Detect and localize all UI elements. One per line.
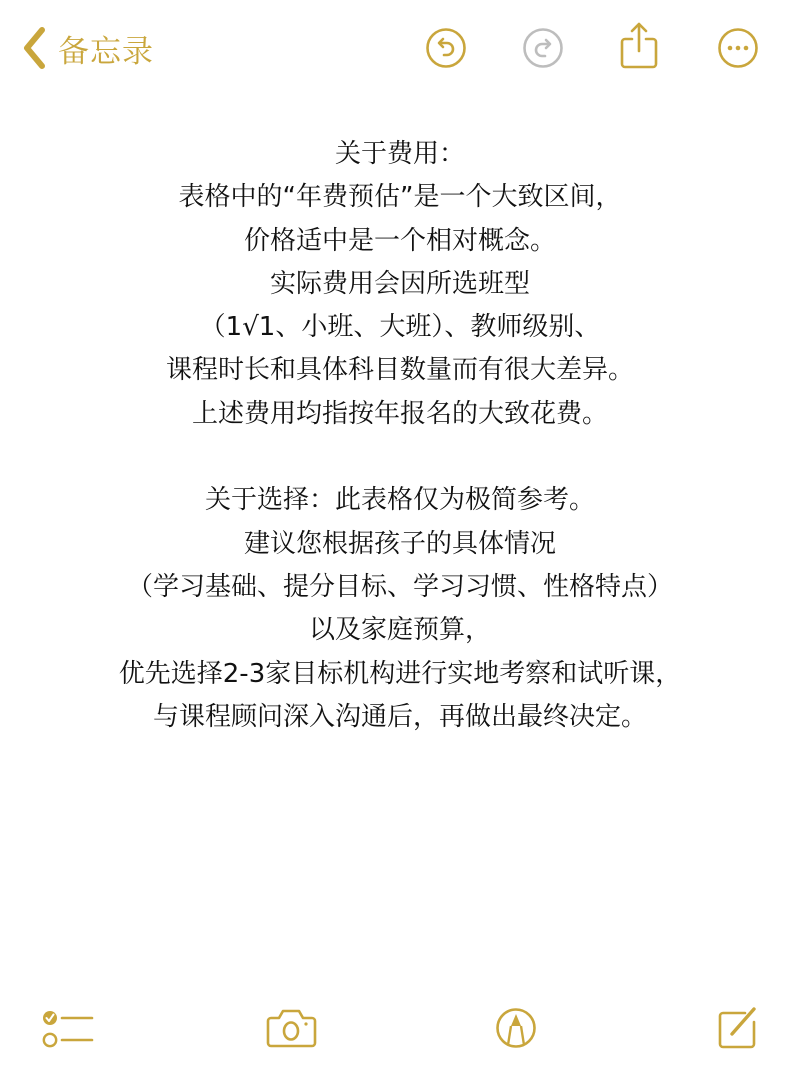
share-icon [618, 20, 660, 70]
note-line: 价格适中是一个相对概念。 [0, 220, 800, 263]
navigation-bar: 备忘录 [0, 0, 800, 100]
note-line: 建议您根据孩子的具体情况 [0, 523, 800, 566]
checklist-button[interactable] [40, 1008, 96, 1050]
note-body[interactable]: 关于费用： 表格中的“年费预估”是一个大致区间， 价格适中是一个相对概念。 实际… [0, 133, 800, 739]
checklist-icon [40, 1008, 96, 1050]
note-line: 表格中的“年费预估”是一个大致区间， [0, 176, 800, 219]
note-line: （1√1、小班、大班）、教师级别、 [0, 306, 800, 349]
markup-icon [495, 1006, 537, 1050]
markup-button[interactable] [495, 1006, 537, 1050]
share-button[interactable] [618, 20, 660, 70]
redo-button[interactable] [522, 27, 564, 69]
compose-button[interactable] [715, 1004, 761, 1050]
undo-icon [425, 27, 467, 69]
note-line: 以及家庭预算， [0, 609, 800, 652]
note-line: 关于选择：此表格仅为极简参考。 [0, 479, 800, 522]
camera-icon [266, 1006, 318, 1050]
note-line: 上述费用均指按年报名的大致花费。 [0, 393, 800, 436]
more-button[interactable] [717, 27, 759, 69]
compose-icon [715, 1004, 761, 1050]
note-line: （学习基础、提分目标、学习习惯、性格特点） [0, 566, 800, 609]
back-label: 备忘录 [58, 26, 154, 71]
bottom-toolbar [0, 990, 800, 1069]
camera-button[interactable] [266, 1006, 318, 1050]
note-line: 与课程顾问深入沟通后，再做出最终决定。 [0, 696, 800, 739]
undo-button[interactable] [425, 27, 467, 69]
back-button[interactable]: 备忘录 [20, 24, 154, 72]
note-blank-line [0, 436, 800, 479]
chevron-left-icon [20, 26, 48, 70]
note-line: 关于费用： [0, 133, 800, 176]
note-line: 优先选择2-3家目标机构进行实地考察和试听课， [0, 653, 800, 696]
redo-icon [522, 27, 564, 69]
note-line: 实际费用会因所选班型 [0, 263, 800, 306]
more-icon [717, 27, 759, 69]
note-line: 课程时长和具体科目数量而有很大差异。 [0, 349, 800, 392]
